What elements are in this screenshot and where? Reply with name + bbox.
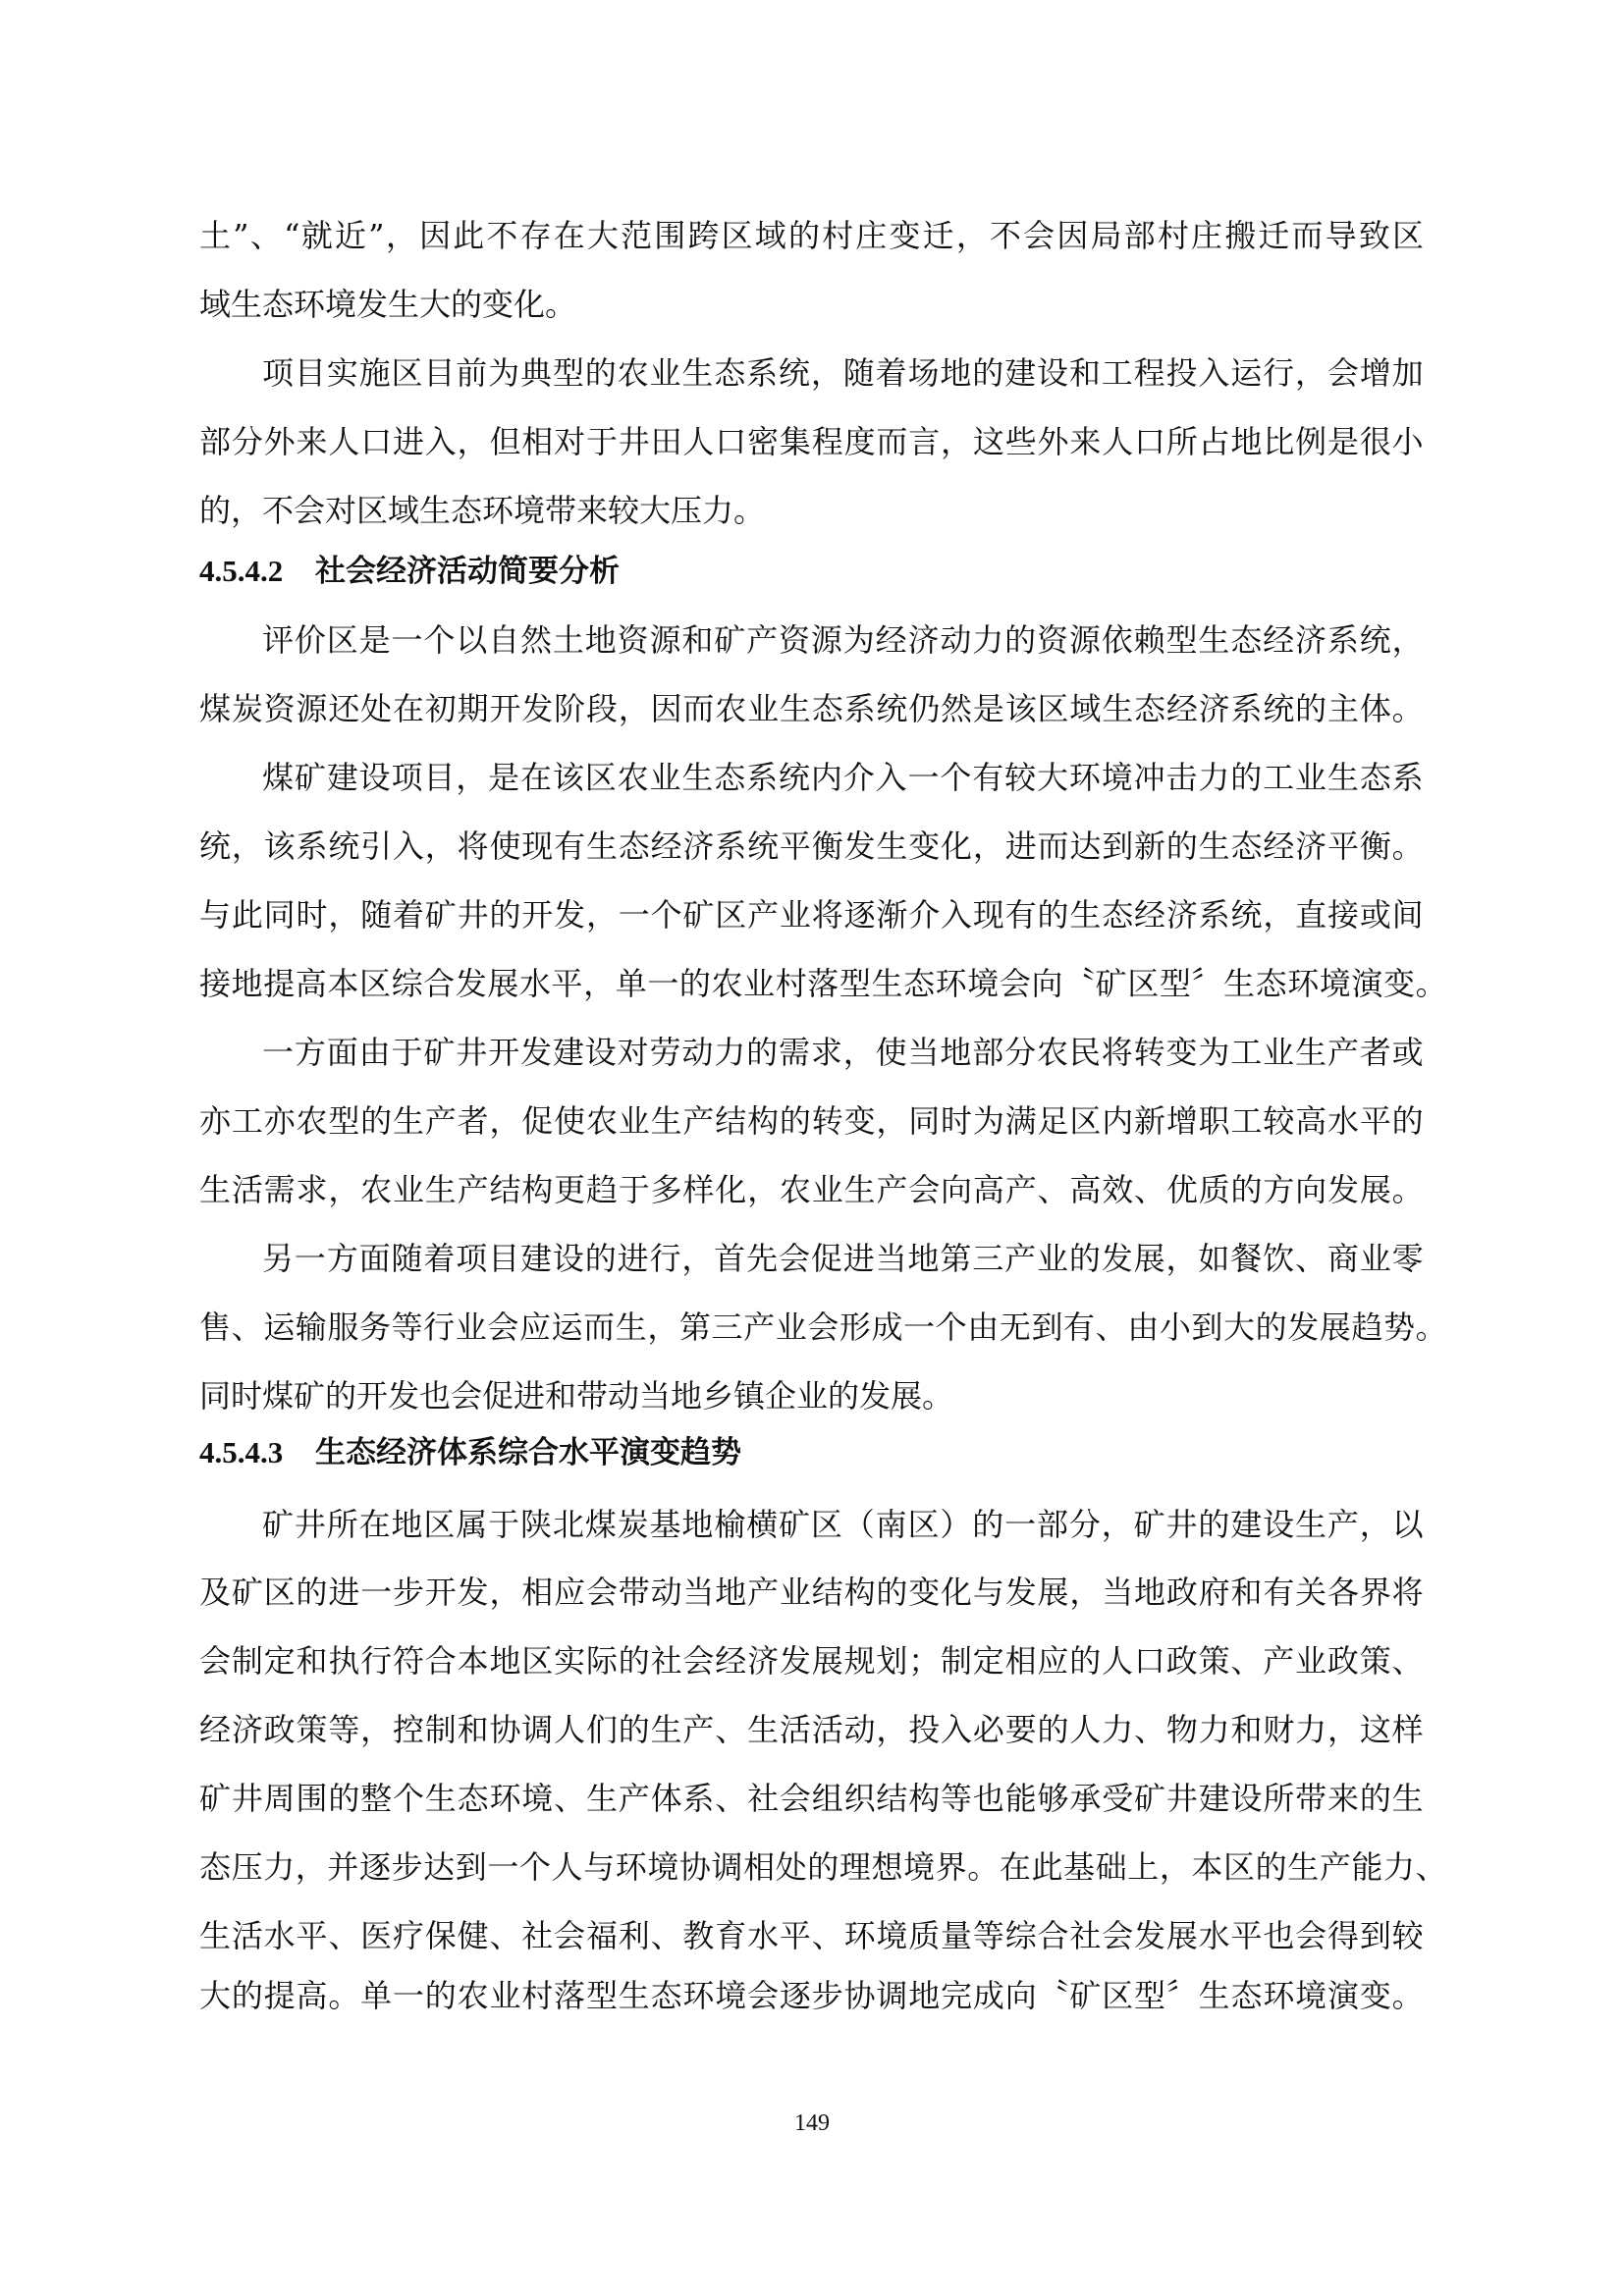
section-number: 4.5.4.3 <box>199 1431 315 1474</box>
paragraph-line: 评 价 区 是 一 个 以 自 然 土 地 资 源 和 矿 产 资 源 为 经 … <box>199 618 1424 662</box>
section-number: 4.5.4.2 <box>199 550 315 593</box>
paragraph-line: 项 目 实 施 区 目 前 为 典 型 的 农 业 生 态 系 统 ， 随 着 … <box>199 351 1424 395</box>
paragraph-line: 矿 井 所 在 地 区 属 于 陕 北 煤 炭 基 地 榆 横 矿 区 （ 南 … <box>199 1503 1424 1546</box>
paragraph-line: 及 矿 区 的 进 一 步 开 发 ， 相 应 会 带 动 当 地 产 业 结 … <box>199 1571 1424 1614</box>
paragraph-line: 生 活 需 求 ， 农 业 生 产 结 构 更 趋 于 多 样 化 ， 农 业 … <box>199 1168 1424 1211</box>
paragraph-line: 统 ， 该 系 统 引 入 ， 将 使 现 有 生 态 经 济 系 统 平 衡 … <box>199 825 1424 868</box>
paragraph-line: 同时煤矿的开发也会促进和带动当地乡镇企业的发展。 <box>199 1374 1424 1417</box>
paragraph-line: 一 方 面 由 于 矿 井 开 发 建 设 对 劳 动 力 的 需 求 ， 使 … <box>199 1031 1424 1074</box>
section-title: 社会经济活动简要分析 <box>315 554 620 589</box>
section-title: 生态经济体系综合水平演变趋势 <box>315 1435 741 1470</box>
paragraph-line: 煤 矿 建 设 项 目 ， 是 在 该 区 农 业 生 态 系 统 内 介 入 … <box>199 756 1424 799</box>
paragraph-line: 亦 工 亦 农 型 的 生 产 者 ， 促 使 农 业 生 产 结 构 的 转 … <box>199 1099 1424 1143</box>
paragraph-line: 售 、 运 输 服 务 等 行 业 会 应 运 而 生 ， 第 三 产 业 会 … <box>199 1306 1424 1349</box>
document-page: 土 ” 、 “ 就 近 ” ， 因 此 不 存 在 大 范 围 跨 区 域 的 … <box>0 0 1624 2296</box>
paragraph-line: 另 一 方 面 随 着 项 目 建 设 的 进 行 ， 首 先 会 促 进 当 … <box>199 1237 1424 1280</box>
section-heading: 4.5.4.3生态经济体系综合水平演变趋势 <box>199 1431 741 1474</box>
paragraph-line: 会 制 定 和 执 行 符 合 本 地 区 实 际 的 社 会 经 济 发 展 … <box>199 1639 1424 1682</box>
paragraph-line: 生 活 水 平 、 医 疗 保 健 、 社 会 福 利 、 教 育 水 平 、 … <box>199 1914 1424 1957</box>
paragraph-line: 土 ” 、 “ 就 近 ” ， 因 此 不 存 在 大 范 围 跨 区 域 的 … <box>199 214 1424 257</box>
paragraph-line: 域生态环境发生大的变化。 <box>199 283 1424 326</box>
paragraph-line: 的，不会对区域生态环境带来较大压力。 <box>199 489 1424 532</box>
paragraph-line: 态 压 力 ， 并 逐 步 达 到 一 个 人 与 环 境 协 调 相 处 的 … <box>199 1845 1424 1889</box>
paragraph-line: 经 济 政 策 等 ， 控 制 和 协 调 人 们 的 生 产 、 生 活 活 … <box>199 1708 1424 1751</box>
paragraph-line: 大 的 提 高 。 单 一 的 农 业 村 落 型 生 态 环 境 会 逐 步 … <box>199 1974 1424 2017</box>
paragraph-line: 接 地 提 高 本 区 综 合 发 展 水 平 ， 单 一 的 农 业 村 落 … <box>199 962 1424 1005</box>
paragraph-line: 煤 炭 资 源 还 处 在 初 期 开 发 阶 段 ， 因 而 农 业 生 态 … <box>199 687 1424 730</box>
paragraph-line: 与 此 同 时 ， 随 着 矿 井 的 开 发 ， 一 个 矿 区 产 业 将 … <box>199 893 1424 936</box>
section-heading: 4.5.4.2社会经济活动简要分析 <box>199 550 620 593</box>
page-number: 149 <box>763 2109 861 2138</box>
paragraph-line: 部 分 外 来 人 口 进 入 ， 但 相 对 于 井 田 人 口 密 集 程 … <box>199 420 1424 463</box>
paragraph-line: 矿 井 周 围 的 整 个 生 态 环 境 、 生 产 体 系 、 社 会 组 … <box>199 1777 1424 1820</box>
